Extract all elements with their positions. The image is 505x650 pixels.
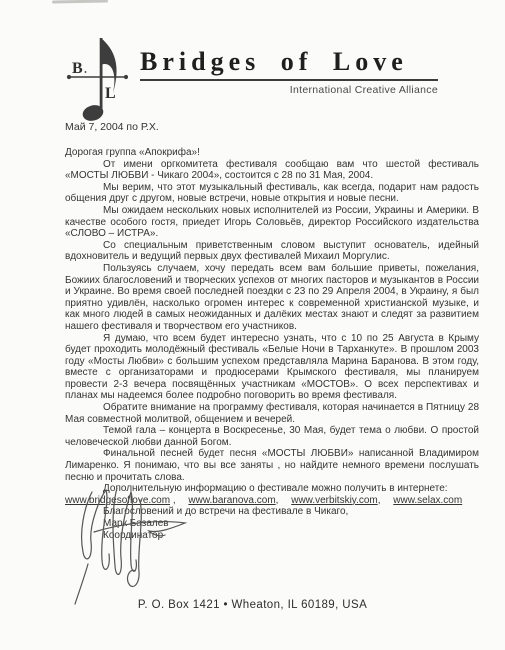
signer-title: Координатор: [65, 530, 479, 542]
letter-paragraph: Обратите внимание на программу фестиваля…: [65, 402, 479, 425]
link-verbitskiy: www.verbitskiy.com: [291, 495, 378, 506]
logo-letter-b: B: [72, 60, 83, 77]
letter-paragraph: Финальной песней будет песня «МОСТЫ ЛЮБВ…: [65, 448, 479, 483]
letter-paragraph: Пользуясь случаем, хочу передать всем ва…: [65, 263, 479, 333]
website-links-line: www.bridgesoflove.com , www.baranova.com…: [65, 495, 479, 507]
note-stem: [100, 38, 103, 111]
letterhead: Bridges of Love International Creative A…: [140, 48, 438, 96]
bridges-of-love-logo: B L: [57, 36, 137, 131]
letter-paragraph: Темой гала – концерта в Воскресенье, 30 …: [65, 425, 479, 448]
title-underline: [140, 79, 438, 81]
link-selax: www.selax.com: [393, 495, 462, 506]
letter-paragraph: Мы ожидаем нескольких новых исполнителей…: [65, 205, 479, 240]
logo-letter-l: L: [105, 85, 116, 102]
staff-line-right-dot: [124, 75, 128, 79]
org-title: Bridges of Love: [140, 48, 438, 75]
staff-line-left-dot: [67, 75, 71, 79]
letter-paragraph: Я думаю, что всем будет интересно узнать…: [65, 333, 479, 403]
letter-paragraph: Мы верим, что этот музыкальный фестиваль…: [65, 182, 479, 205]
link-bridgesoflove: www.bridgesoflove.com: [65, 495, 170, 506]
footer-address: P. O. Box 1421 • Wheaton, IL 60189, USA: [0, 599, 505, 611]
closing-line: Благословений и до встречи на фестивале …: [65, 506, 479, 518]
letter-paragraph: Со специальным приветственным словом выс…: [65, 240, 479, 263]
link-separator: ,: [378, 495, 381, 506]
date-line: Май 7, 2004 по Р.Х.: [65, 121, 159, 133]
link-separator: ,: [170, 495, 176, 506]
link-baranova: www.baranova.com: [188, 495, 275, 506]
letter-paragraph: Дополнительную информацию о фестивале мо…: [65, 483, 479, 495]
scan-artifact-smudge: [52, 0, 108, 3]
salutation: Дорогая группа «Апокрифа»!: [65, 147, 479, 159]
letter-page: B L Bridges of Love International Creati…: [0, 0, 505, 650]
letter-paragraph: От имени оргкомитета фестиваля сообщаю в…: [65, 159, 479, 182]
logo-letter-b-dot: [85, 71, 87, 73]
signer-name: Марк Базалев: [65, 518, 479, 530]
letter-body: Дорогая группа «Апокрифа»! От имени оргк…: [65, 147, 479, 541]
org-subtitle: International Creative Alliance: [140, 84, 438, 96]
link-separator: ,: [276, 495, 279, 506]
music-note-icon: B L: [57, 36, 137, 131]
